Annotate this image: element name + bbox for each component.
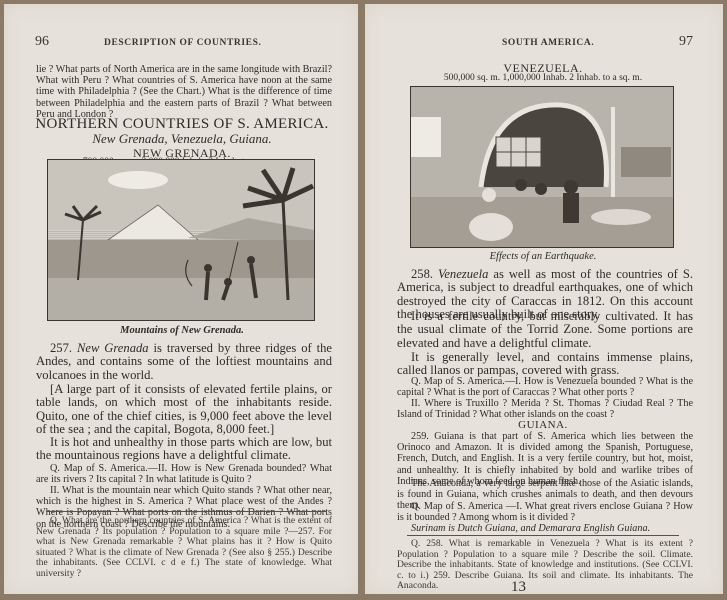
running-head-left: DESCRIPTION OF COUNTRIES. xyxy=(104,38,261,48)
footnote-rule-right xyxy=(407,535,679,536)
page-number-left: 96 xyxy=(35,34,49,50)
paragraph-number: 257. xyxy=(50,341,72,355)
signature-mark: 13 xyxy=(511,579,526,596)
paragraph-fertile: It is a fertile country, but miserably c… xyxy=(397,310,693,350)
figure-caption-left: Mountains of New Grenada. xyxy=(24,325,340,336)
intro-questions: lie ? What parts of North America are in… xyxy=(36,64,332,120)
earthquake-scene-icon xyxy=(411,87,673,247)
map-questions-venezuela-2: II. Where is Truxillo ? Merida ? St. Tho… xyxy=(397,398,693,420)
section-subtitle: New Grenada, Venezuela, Guiana. xyxy=(24,131,340,147)
page-number-right: 97 xyxy=(679,34,693,50)
country-stats-venezuela: 500,000 sq. m. 1,000,000 Inhab. 2 Inhab.… xyxy=(385,73,701,83)
left-page: 96 DESCRIPTION OF COUNTRIES. lie ? What … xyxy=(4,4,358,594)
footnote-right: Q. 258. What is remarkable in Venezuela … xyxy=(397,539,693,592)
engraving-effects-of-earthquake xyxy=(410,86,674,248)
paragraph-257: 257. New Grenada is traversed by three r… xyxy=(36,342,332,382)
right-page: SOUTH AMERICA. 97 VENEZUELA. 500,000 sq.… xyxy=(365,4,723,594)
map-questions-1: Q. Map of S. America.—II. How is New Gre… xyxy=(36,463,332,485)
map-questions-guiana: Q. Map of S. America —I. What great rive… xyxy=(397,501,693,523)
volcano-scene-icon xyxy=(48,160,314,320)
running-head-right: SOUTH AMERICA. xyxy=(502,38,594,48)
footnote-left: Q. What are the northern countries of S.… xyxy=(36,516,332,580)
paragraph-climate: It is hot and unhealthy in those parts w… xyxy=(36,436,332,463)
footnote-rule-left xyxy=(46,511,326,512)
surinam-note: Surinam is Dutch Guiana, and Demarara En… xyxy=(397,523,693,534)
paragraph-number: 258. xyxy=(411,267,433,281)
figure-caption-right: Effects of an Earthquake. xyxy=(385,251,701,262)
paragraph-level: It is generally level, and contains imme… xyxy=(397,351,693,378)
paragraph-plains: [A large part of it consists of elevated… xyxy=(36,383,332,437)
paragraph-subject: New Grenada xyxy=(77,341,149,355)
map-questions-venezuela-1: Q. Map of S. America.—I. How is Venezuel… xyxy=(397,376,693,398)
engraving-mountains-of-new-grenada xyxy=(47,159,315,321)
paragraph-subject: Venezuela xyxy=(438,267,488,281)
guiana-title: GUIANA. xyxy=(385,419,701,431)
